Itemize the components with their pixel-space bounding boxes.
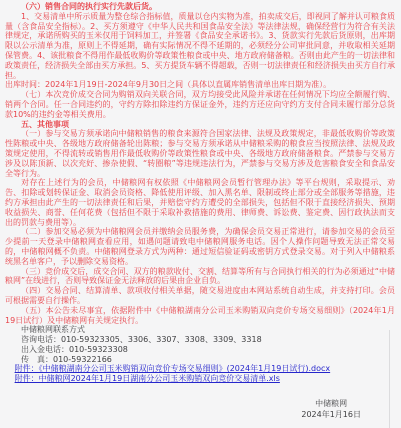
item-4-paragraph: （四）交易合同、结算清单、款项收付相关单据，随交易进度由本网站系统自动生成，并支…	[5, 286, 395, 306]
section-5-heading: 五、其他事项	[5, 120, 395, 130]
contact-title: 中储粮网联系方式	[5, 325, 395, 335]
attachment-link-trade-list-xls[interactable]: 附件：中储粮网2024年1月19日湖南分公司玉米购销双向竞价交易清单.xls	[5, 374, 395, 384]
attachment-link-rules-docx[interactable]: 附件：《中储粮湖南分公司玉米购销双向竞价专场交易细则》(2024年1月19日试行…	[5, 364, 395, 374]
contact-deposit-phone-line: 出入金电话：010-59323308	[5, 345, 395, 355]
announcement-document: （六）销售合同的执行实行先款后货。 1、交易清单中所示质量为整仓综合指标值，质量…	[0, 0, 401, 428]
item-1-penalties-paragraph: 对存在上述行为的会员，中储粮网有权依照《中储粮网会员暂行管理办法》等平台规则，采…	[5, 178, 395, 227]
item-5-paragraph: （五）本公告未尽事宜，依据附件中《中储粮湖南分公司玉米购销双向竞价专场交易细则》…	[5, 306, 395, 326]
signature-date: 2024年1月16日	[301, 410, 361, 421]
clause-6-body: 1、交易清单中所示质量为整仓综合指标值，质量以仓内实物为准，拍卖成交后，即视同了…	[5, 12, 395, 81]
content-right-edge-line	[389, 330, 390, 428]
signature-block: 中储粮网 2024年1月16日	[301, 399, 361, 420]
clause-6-heading: （六）销售合同的执行实行先款后货。	[5, 2, 395, 12]
item-1-paragraph: （一）参与交易方须承诺向中储粮销售的粮食来源符合国家法律、法规及政策规定，非最低…	[5, 129, 395, 178]
delivery-time-line: 出库时间：2024年1月19日-2024年9月30日之间（具体以直属库销售清单出…	[5, 80, 395, 90]
signature-org: 中储粮网	[301, 399, 361, 410]
item-3-paragraph: （三）竞价成交后，成交合同、双方的粮款收付、交割、结算等所有与合同执行相关的行为…	[5, 267, 395, 287]
contact-fax-line: 传 真：010-59322166	[5, 355, 395, 365]
item-2-paragraph: （二）参加交易必须为中储粮网会员并缴纳会员服务费，为确保会员交易正常进行，请参加…	[5, 227, 395, 266]
clause-7-paragraph: （七）本次竞价成交合同为购销双向关联合同，双方均接受此风险并承诺在任何情况下均应…	[5, 90, 395, 119]
contact-phone-line: 咨询电话：010-59323305、3306、3307、3308、3309、33…	[5, 335, 395, 345]
